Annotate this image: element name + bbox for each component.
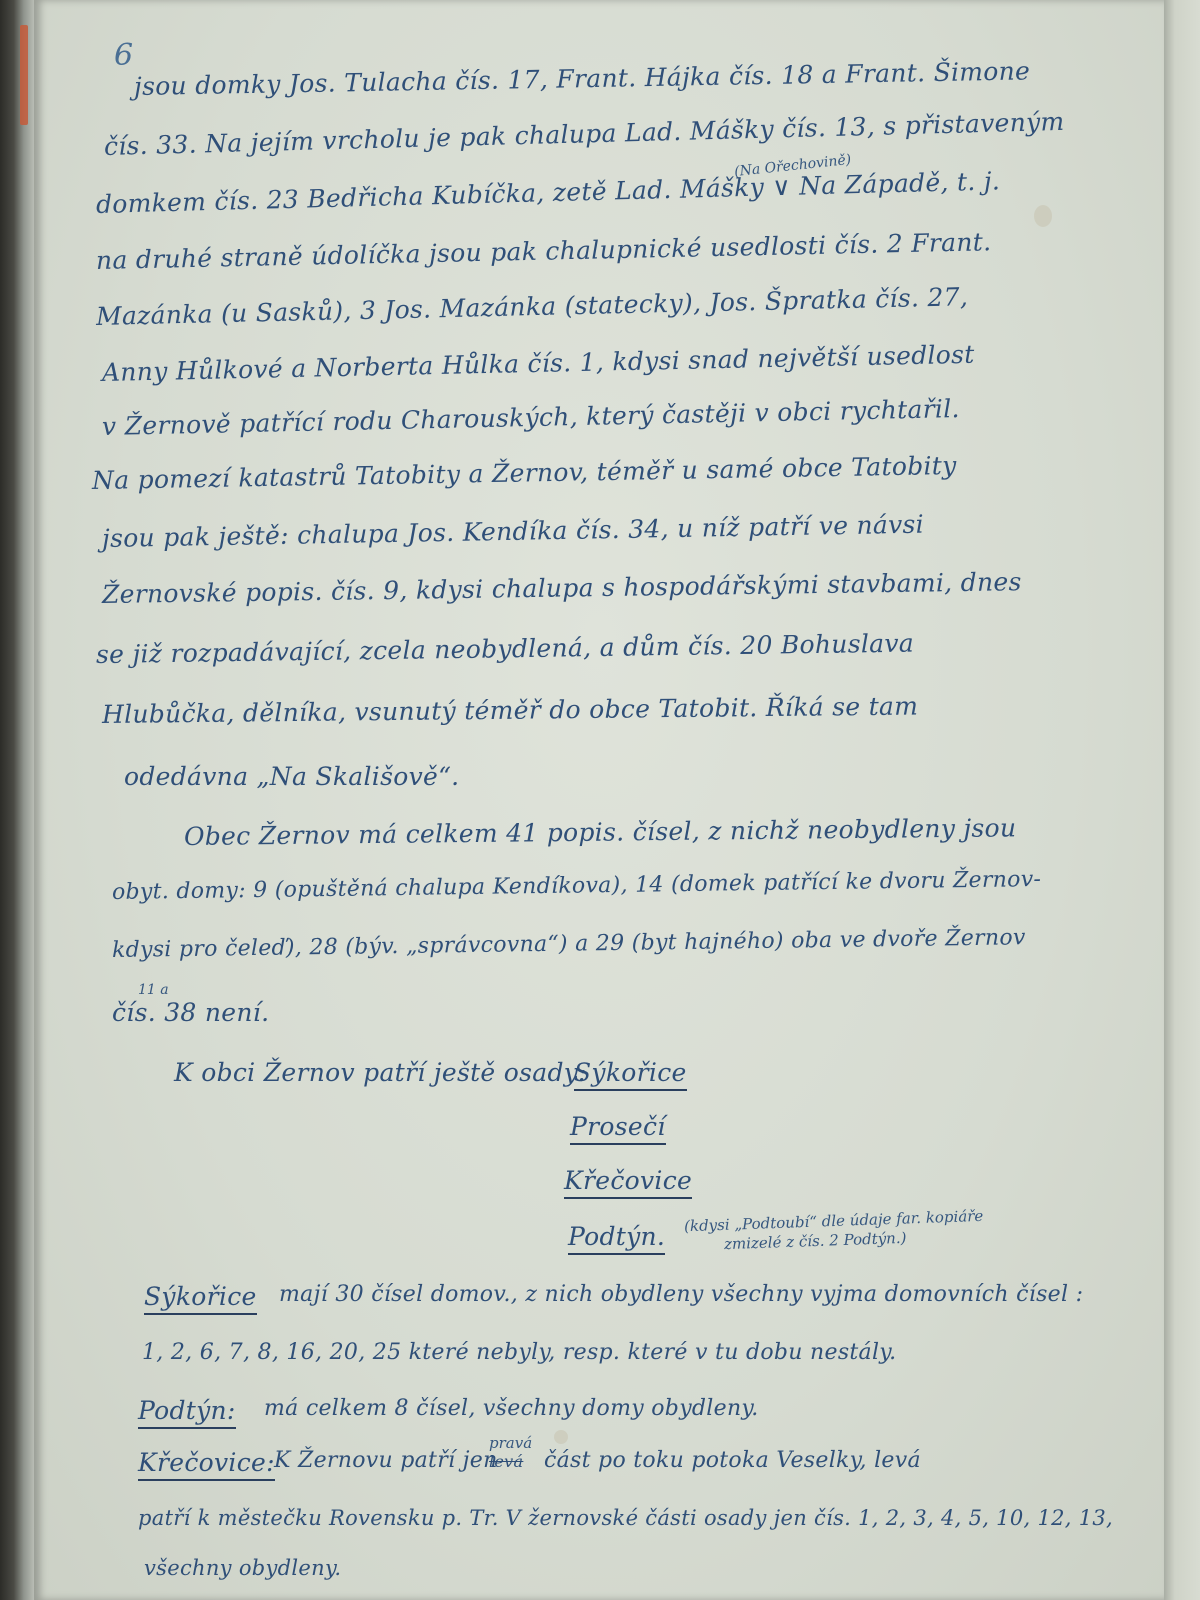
settlement-krecovice: Křečovice bbox=[564, 1166, 692, 1199]
section-heading-sykorice: Sýkořice bbox=[144, 1282, 257, 1315]
page-number: 6 bbox=[114, 38, 133, 73]
text-line-14: Obec Žernov má celkem 41 popis. čísel, z… bbox=[184, 813, 1017, 851]
settlement-podtyn: Podtýn. bbox=[568, 1222, 665, 1255]
section-text-krecovice: K Žernovu patří jen bbox=[274, 1448, 498, 1473]
text-line-7: v Žernově patřící rodu Charouských, kter… bbox=[102, 394, 960, 441]
text-line-2: čís. 33. Na jejím vrcholu je pak chalupa… bbox=[104, 107, 1065, 161]
settlement-proseci: Prosečí bbox=[570, 1112, 666, 1145]
text-line-12: Hlubůčka, dělníka, vsunutý téměř do obce… bbox=[102, 691, 918, 729]
text-line-6: Anny Hůlkové a Norberta Hůlka čís. 1, kd… bbox=[102, 340, 975, 387]
section-text-sykorice-2: 1, 2, 6, 7, 8, 16, 20, 25 které nebyly, … bbox=[142, 1340, 896, 1365]
text-line-8: Na pomezí katastrů Tatobity a Žernov, té… bbox=[92, 451, 957, 495]
paper-stain bbox=[1034, 205, 1052, 227]
inserted-word-prava: pravá bbox=[489, 1434, 532, 1452]
text-line-3: domkem čís. 23 Bedřicha Kubíčka, zetě La… bbox=[96, 166, 1001, 219]
text-line-9: jsou pak ještě: chalupa Jos. Kendíka čís… bbox=[102, 510, 924, 553]
paper-stain bbox=[554, 1430, 568, 1444]
text-line-15: obyt. domy: 9 (opuštěná chalupa Kendíkov… bbox=[112, 867, 1042, 905]
book-binding bbox=[0, 0, 34, 1600]
text-line-10: Žernovské popis. čís. 9, kdysi chalupa s… bbox=[102, 567, 1022, 609]
struck-word-leva: levá bbox=[489, 1452, 523, 1471]
section-text-krecovice-cont: část po toku potoka Veselky, levá bbox=[544, 1448, 921, 1473]
text-line-4: na druhé straně údolíčka jsou pak chalup… bbox=[96, 227, 992, 275]
settlement-sykorice: Sýkořice bbox=[574, 1058, 687, 1091]
section-text-podtyn: má celkem 8 čísel, všechny domy obydleny… bbox=[264, 1396, 759, 1421]
text-line-18: K obci Žernov patří ještě osady: bbox=[174, 1058, 587, 1087]
page-gutter bbox=[1164, 0, 1200, 1600]
section-text-krecovice-2: patří k městečku Rovensku p. Tr. V žerno… bbox=[138, 1506, 1113, 1530]
section-text-sykorice: mají 30 čísel domov., z nich obydleny vš… bbox=[279, 1282, 1083, 1307]
binding-red-tab bbox=[20, 25, 28, 125]
text-line-17: čís. 38 není. bbox=[112, 998, 269, 1027]
section-text-krecovice-3: všechny obydleny. bbox=[144, 1556, 341, 1580]
text-line-5: Mazánka (u Sasků), 3 Jos. Mazánka (state… bbox=[96, 282, 969, 331]
manuscript-page: 6 jsou domky Jos. Tulacha čís. 17, Frant… bbox=[34, 0, 1164, 1600]
text-line-11: se již rozpadávající, zcela neobydlená, … bbox=[96, 629, 914, 669]
text-line-16: kdysi pro čeleď), 28 (býv. „správcovna“)… bbox=[112, 925, 1026, 963]
text-line-1: jsou domky Jos. Tulacha čís. 17, Frant. … bbox=[134, 56, 1031, 101]
annotation-11a: 11 a bbox=[138, 982, 169, 998]
text-line-13: odedávna „Na Skališově“. bbox=[124, 762, 459, 791]
section-heading-krecovice: Křečovice: bbox=[138, 1448, 275, 1481]
section-heading-podtyn: Podtýn: bbox=[138, 1396, 236, 1429]
